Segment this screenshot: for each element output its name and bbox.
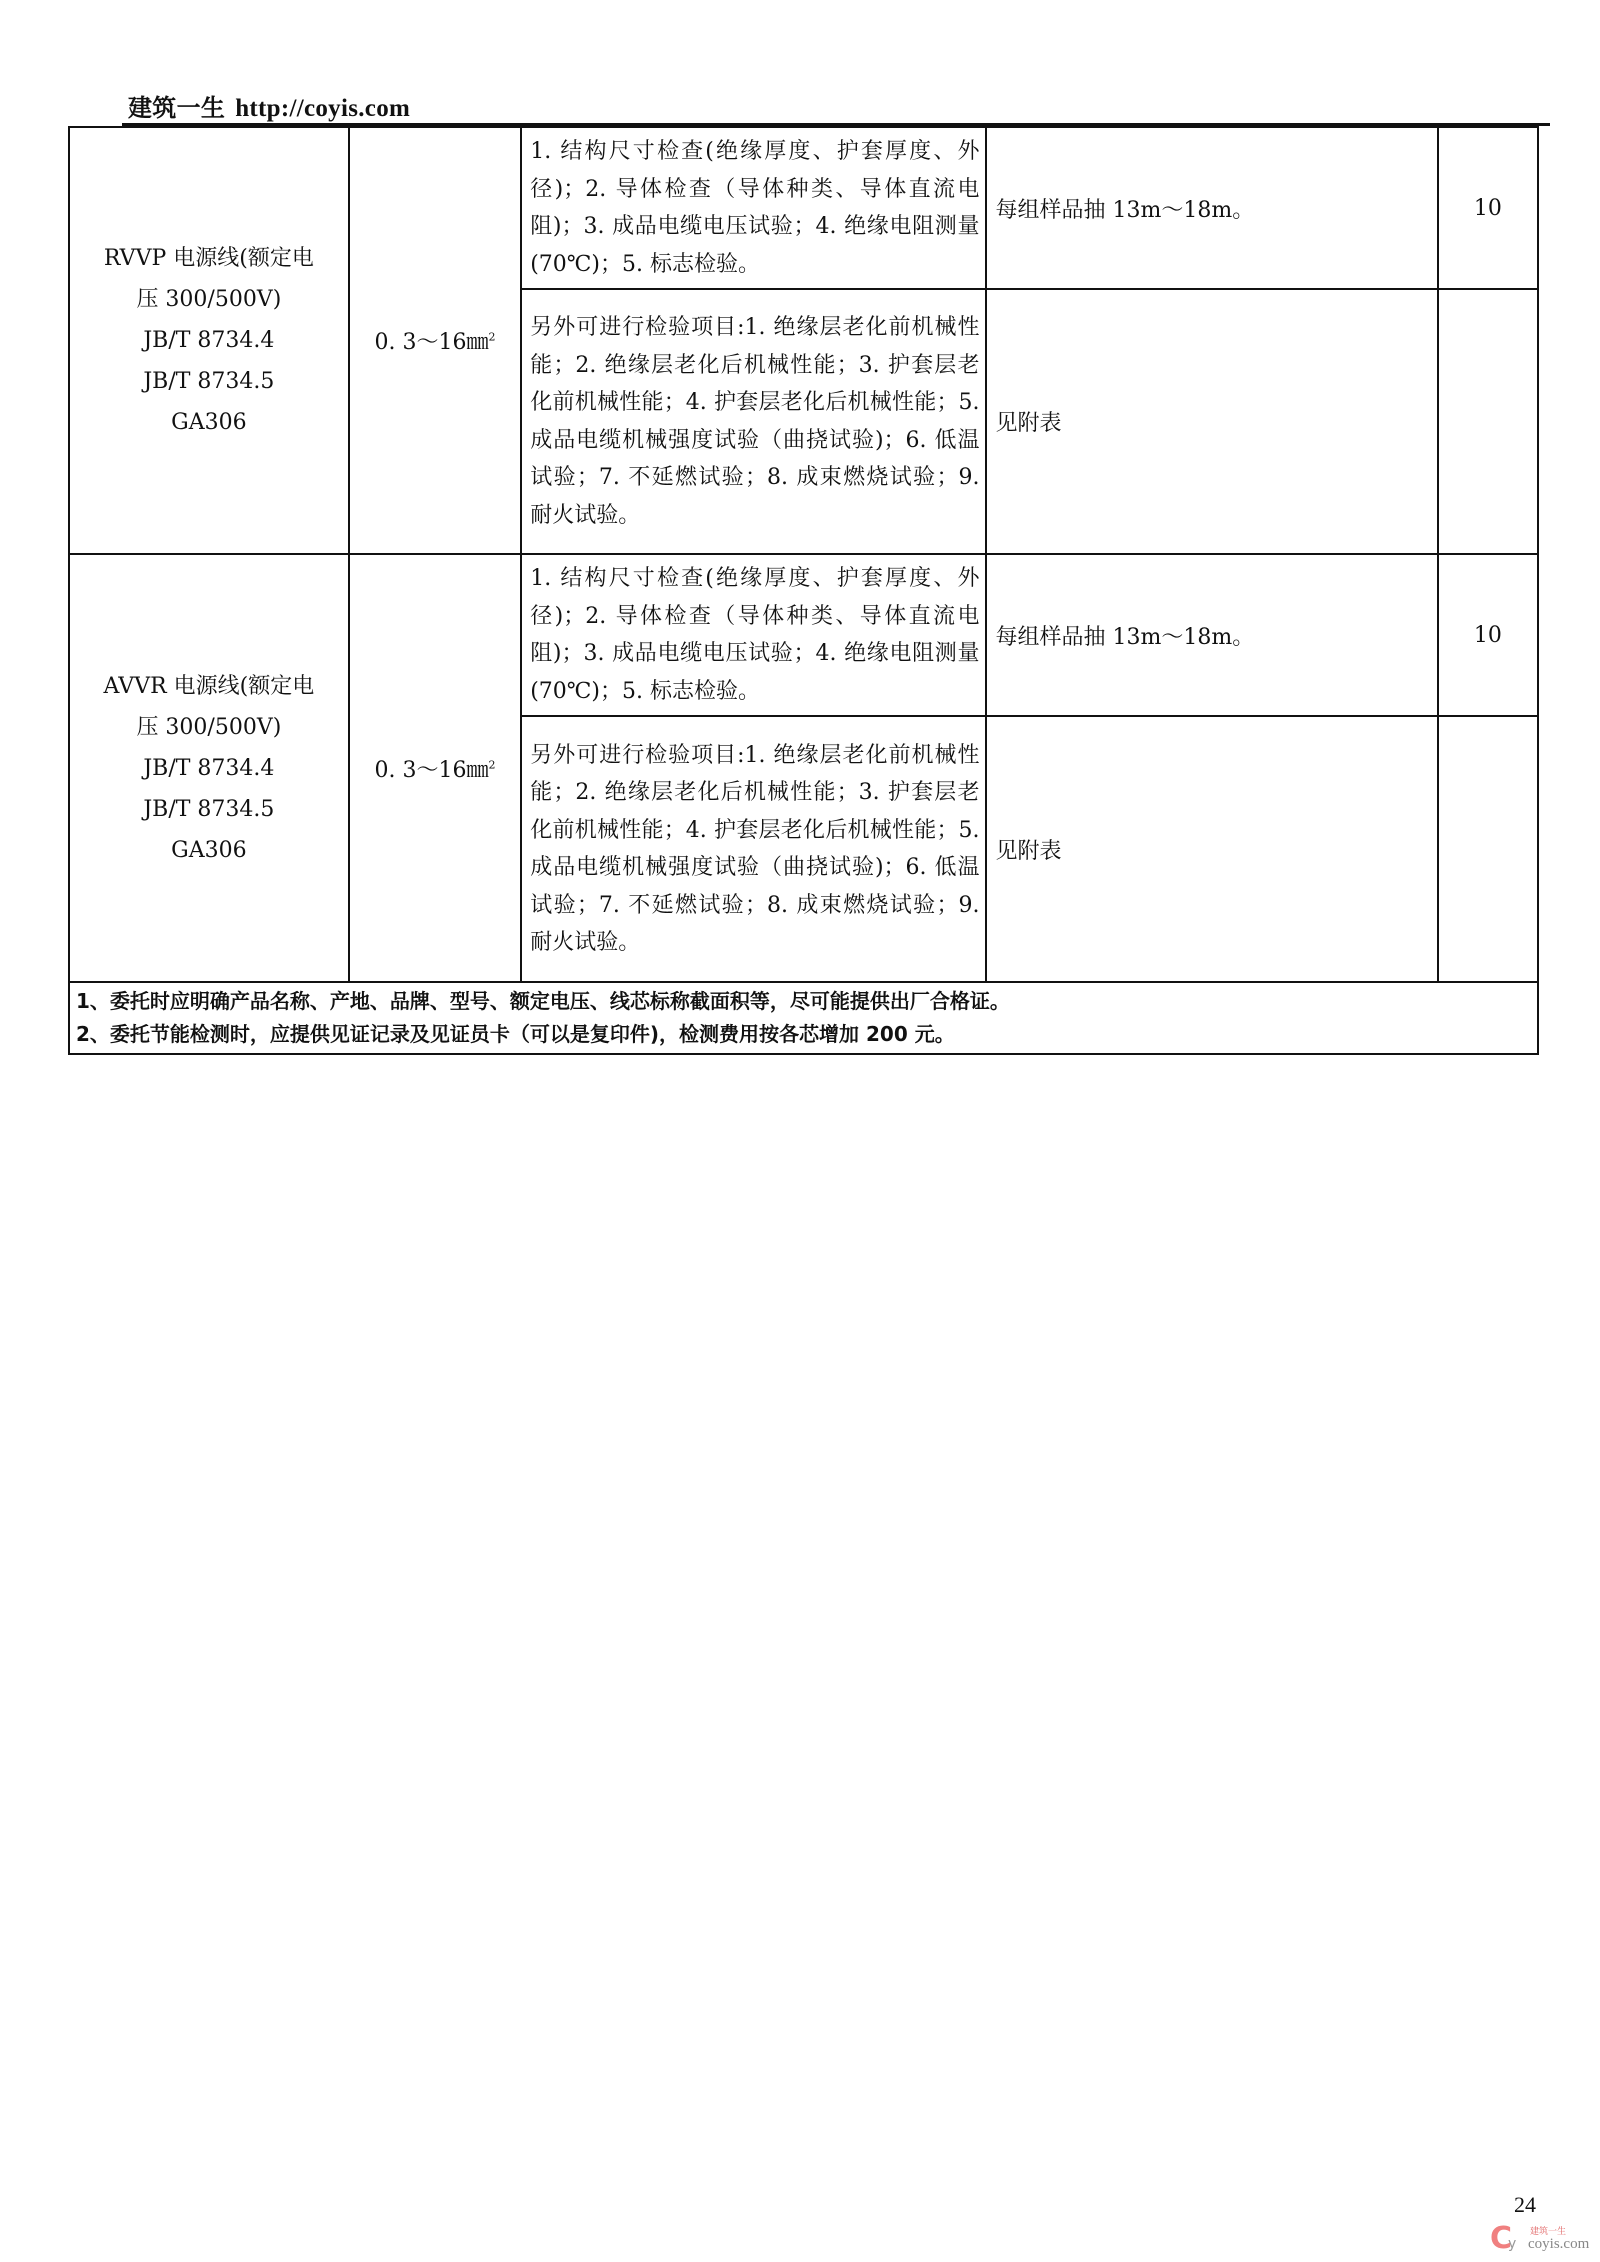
product-line: 压 300/500V) (70, 707, 348, 748)
product-line: GA306 (70, 402, 348, 443)
watermark-url: coyis.com (1528, 2236, 1589, 2253)
optional-qty-cell (1438, 289, 1538, 554)
product-line: JB/T 8734.5 (70, 789, 348, 830)
optional-items-cell: 另外可进行检验项目:1. 绝缘层老化前机械性能；2. 绝缘层老化后机械性能；3.… (521, 716, 986, 982)
standard-sampling-cell: 每组样品抽 13m～18m。 (986, 554, 1437, 716)
spec-range: 0. 3～16㎜ (374, 330, 488, 355)
optional-items-cell: 另外可进行检验项目:1. 绝缘层老化前机械性能；2. 绝缘层老化后机械性能；3.… (521, 289, 986, 554)
product-line: JB/T 8734.4 (70, 320, 348, 361)
standard-sampling-cell: 每组样品抽 13m～18m。 (986, 127, 1437, 289)
product-cell: RVVP 电源线(额定电 压 300/500V) JB/T 8734.4 JB/… (69, 127, 349, 554)
spec-range: 0. 3～16㎜ (374, 758, 488, 783)
spec-range-cell: 0. 3～16㎜2 (349, 127, 521, 554)
product-cell: AVVR 电源线(额定电 压 300/500V) JB/T 8734.4 JB/… (69, 554, 349, 982)
notes-row: 1、委托时应明确产品名称、产地、品牌、型号、额定电压、线芯标称截面积等，尽可能提… (69, 982, 1538, 1054)
watermark: C y 建筑一生 coyis.com (1490, 2222, 1600, 2258)
note-item: 1、委托时应明确产品名称、产地、品牌、型号、额定电压、线芯标称截面积等，尽可能提… (76, 985, 1531, 1018)
table-row: AVVR 电源线(额定电 压 300/500V) JB/T 8734.4 JB/… (69, 554, 1538, 716)
site-url: http://coyis.com (235, 95, 410, 122)
page-header: 建筑一生http://coyis.com (128, 88, 410, 123)
note-item: 2、委托节能检测时，应提供见证记录及见证员卡（可以是复印件)，检测费用按各芯增加… (76, 1018, 1531, 1051)
optional-qty-cell (1438, 716, 1538, 982)
standard-qty-cell: 10 (1438, 554, 1538, 716)
standard-items-cell: 1. 结构尺寸检查(绝缘厚度、护套厚度、外径)；2. 导体检查（导体种类、导体直… (521, 554, 986, 716)
product-line: JB/T 8734.4 (70, 748, 348, 789)
spec-range-superscript: 2 (488, 758, 495, 771)
product-line: AVVR 电源线(额定电 (70, 666, 348, 707)
inspection-table: RVVP 电源线(额定电 压 300/500V) JB/T 8734.4 JB/… (68, 126, 1539, 1055)
standard-qty-cell: 10 (1438, 127, 1538, 289)
watermark-logo-y: y (1508, 2236, 1516, 2252)
product-line: JB/T 8734.5 (70, 361, 348, 402)
product-line: 压 300/500V) (70, 279, 348, 320)
site-name: 建筑一生 (128, 94, 225, 122)
product-line: RVVP 电源线(额定电 (70, 238, 348, 279)
notes-cell: 1、委托时应明确产品名称、产地、品牌、型号、额定电压、线芯标称截面积等，尽可能提… (69, 982, 1538, 1054)
product-line: GA306 (70, 830, 348, 871)
spec-range-superscript: 2 (488, 331, 495, 344)
standard-items-cell: 1. 结构尺寸检查(绝缘厚度、护套厚度、外径)；2. 导体检查（导体种类、导体直… (521, 127, 986, 289)
page-number: 24 (1514, 2192, 1536, 2218)
optional-sampling-cell: 见附表 (986, 289, 1437, 554)
spec-range-cell: 0. 3～16㎜2 (349, 554, 521, 982)
optional-sampling-cell: 见附表 (986, 716, 1437, 982)
table-row: RVVP 电源线(额定电 压 300/500V) JB/T 8734.4 JB/… (69, 127, 1538, 289)
